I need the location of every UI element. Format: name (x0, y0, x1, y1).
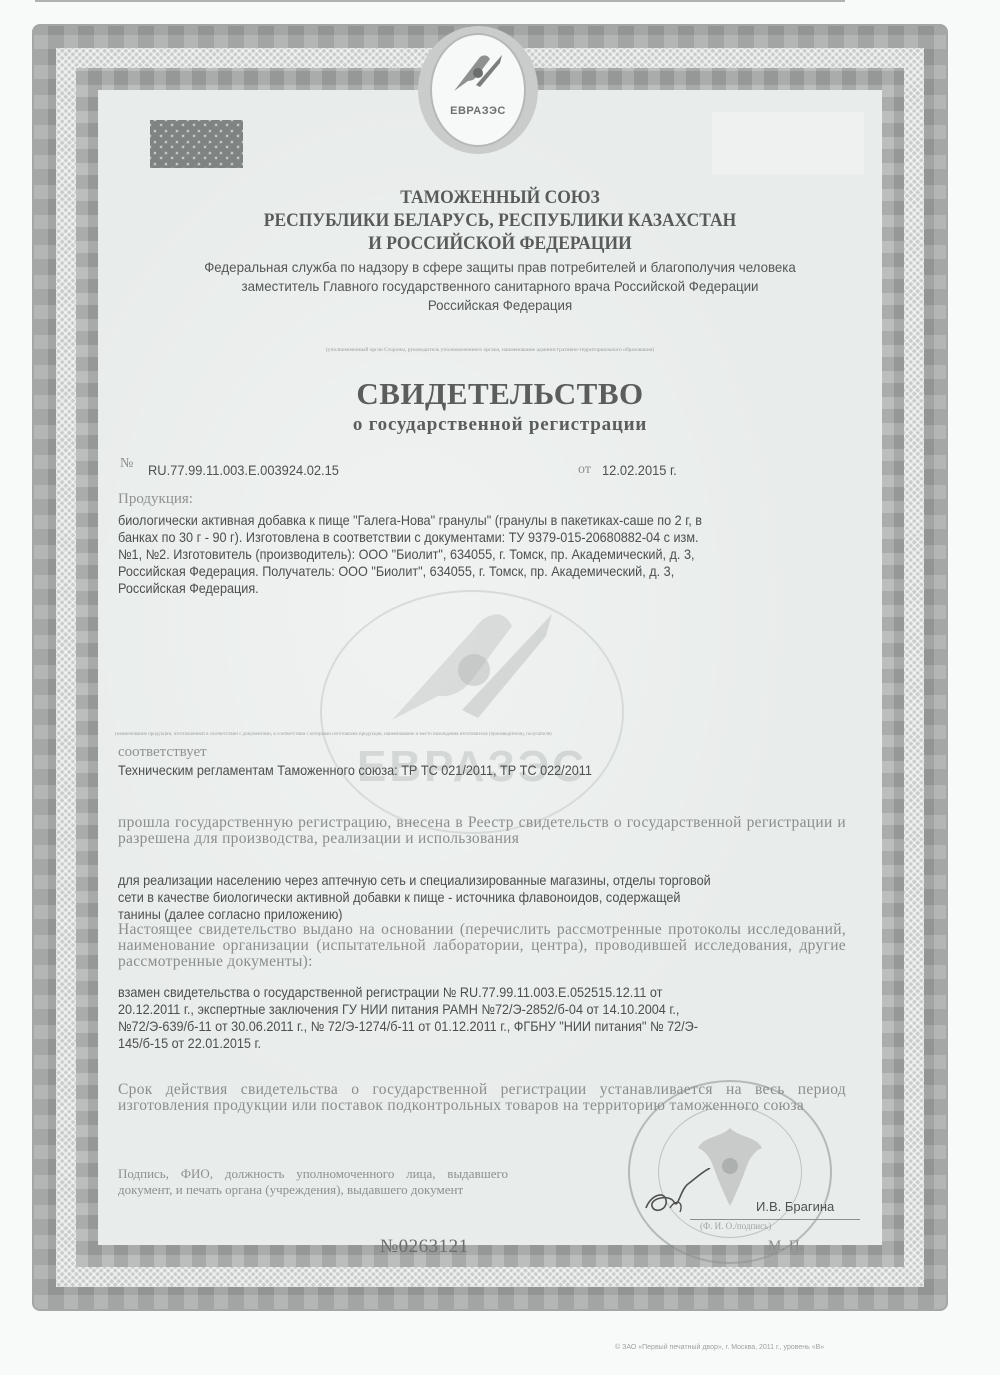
product-label: Продукция: (118, 491, 193, 508)
product-line: №1, №2. Изготовитель (производитель): ОО… (118, 546, 881, 563)
union-line: И РОССИЙСКОЙ ФЕДЕРАЦИИ (178, 232, 822, 255)
document-title: СВИДЕТЕЛЬСТВО (200, 376, 800, 412)
product-line: Российская Федерация. (118, 580, 881, 597)
basis-documents: взамен свидетельства о государственной р… (118, 984, 885, 1052)
page-edge (35, 0, 845, 2)
issuance-basis: Настоящее свидетельство выдано на основа… (118, 922, 846, 970)
emblem-label: ЕВРАЗЭС (450, 105, 506, 117)
product-line: банках по 30 г - 90 г). Изготовлена в со… (118, 529, 881, 546)
union-line: РЕСПУБЛИКИ БЕЛАРУСЬ, РЕСПУБЛИКИ КАЗАХСТА… (178, 209, 822, 232)
printer-imprint: © ЗАО «Первый печатный двор», г. Москва,… (615, 1344, 824, 1351)
document-subtitle: о государственной регистрации (200, 414, 800, 436)
signature-caption: Подпись, ФИО, должность уполномоченного … (118, 1166, 508, 1198)
usage-line: сети в качестве биологически активной до… (118, 889, 885, 906)
handwritten-signature (640, 1168, 730, 1218)
registration-date: 12.02.2015 г. (602, 462, 677, 478)
fio-caption: (Ф. И. О./подпись) (700, 1221, 771, 1231)
conformity-label: соответствует (118, 744, 207, 761)
eurasec-logo-icon (450, 51, 506, 97)
number-label: № (120, 456, 133, 472)
security-box (712, 112, 864, 174)
signature-line (690, 1219, 860, 1220)
issuing-agency: Федеральная служба по надзору в сфере за… (130, 258, 871, 315)
technical-regulations: Техническим регламентам Таможенного союз… (118, 762, 769, 779)
eurasec-emblem: ЕВРАЗЭС (418, 26, 538, 154)
product-line: биологически активная добавка к пище "Га… (118, 512, 881, 529)
stamp-place-label: М. П. (768, 1238, 803, 1255)
date-label: от (578, 462, 591, 478)
product-line: Российская Федерация. Получатель: ООО "Б… (118, 563, 881, 580)
agency-line: заместитель Главного государственного са… (130, 277, 871, 296)
customs-union-heading: ТАМОЖЕННЫЙ СОЮЗ РЕСПУБЛИКИ БЕЛАРУСЬ, РЕС… (178, 186, 822, 255)
basis-line: 145/б-15 от 22.01.2015 г. (118, 1035, 885, 1052)
registration-number: RU.77.99.11.003.Е.003924.02.15 (148, 462, 339, 478)
agency-caption: (уполномоченный орган Стороны, руководит… (180, 347, 800, 353)
product-caption: (наименование продукции, изготовленной в… (115, 732, 885, 737)
usage-scope: для реализации населению через аптечную … (118, 872, 885, 923)
basis-line: 20.12.2011 г., экспертные заключения ГУ … (118, 1001, 885, 1018)
product-description: биологически активная добавка к пище "Га… (118, 512, 881, 597)
basis-line: взамен свидетельства о государственной р… (118, 984, 885, 1001)
registration-status: прошла государственную регистрацию, внес… (118, 815, 846, 847)
validity-period: Срок действия свидетельства о государств… (118, 1082, 846, 1114)
security-pattern (150, 120, 243, 168)
basis-line: №72/Э-639/б-11 от 30.06.2011 г., № 72/Э-… (118, 1018, 885, 1035)
agency-line: Российская Федерация (130, 296, 871, 315)
usage-line: для реализации населению через аптечную … (118, 872, 885, 889)
union-line: ТАМОЖЕННЫЙ СОЮЗ (178, 186, 822, 209)
agency-line: Федеральная служба по надзору в сфере за… (130, 258, 871, 277)
form-serial-number: №0263121 (380, 1236, 469, 1258)
signer-name: И.В. Брагина (756, 1199, 834, 1214)
